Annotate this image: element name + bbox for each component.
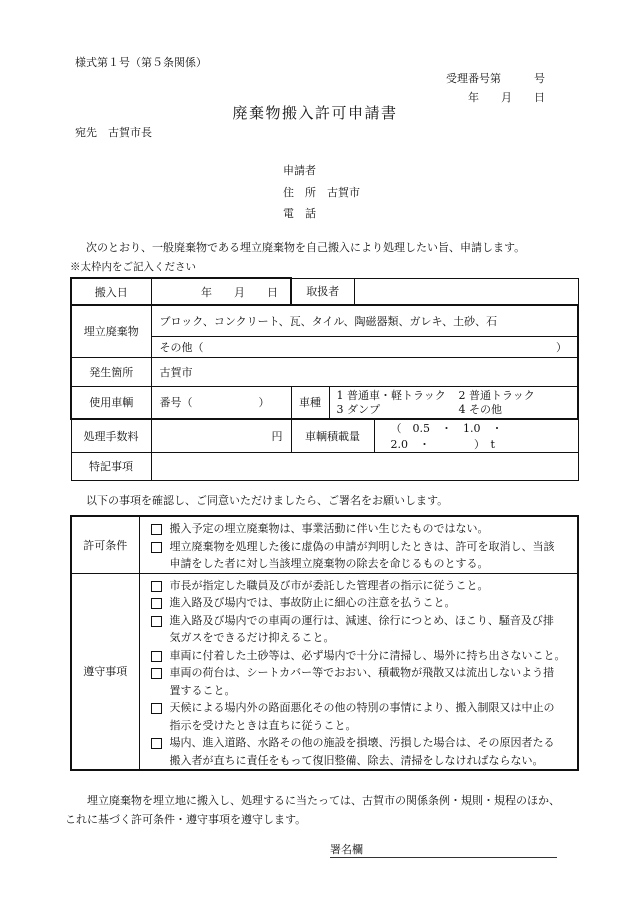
form-number: 様式第１号（第５条関係） [75, 54, 207, 70]
waste-other-row: その他（ ） [151, 336, 578, 357]
applicant-address: 住 所 古賀市 [283, 182, 360, 204]
compliance-rules-label: 遵守事項 [71, 573, 139, 770]
checklist-item: 進入路及び場内では、事故防止に細心の注意を払うこと。 [148, 594, 572, 612]
signature-field: 署名欄 [330, 841, 557, 858]
conditions-table: 許可条件 搬入予定の埋立廃棄物は、事業活動に伴い生じたものではない。 埋立廃棄物… [70, 515, 579, 771]
page-title: 廃棄物搬入許可申請書 [0, 102, 630, 123]
waste-other-open: その他（ [160, 339, 204, 355]
checkbox-icon [151, 703, 162, 714]
checkbox-icon [151, 651, 162, 662]
handler-value [354, 278, 578, 305]
fee-label: 処理手数料 [71, 419, 151, 453]
compliance-rules-list: 市長が指定した職員及び市が委託した管理者の指示に従うこと。 進入路及び場内では、… [139, 573, 578, 770]
vehicle-option: 2 普通トラック [459, 389, 578, 404]
checklist-item: 場内、進入道路、水路その他の施設を損壊、汚損した場合は、その原因者たる搬入者が直… [148, 734, 572, 769]
checklist-item-text: 埋立廃棄物を処理した後に虚偽の申請が判明したときは、許可を取消し、当該申請をした… [170, 538, 555, 573]
vehicle-option: 3 ダンプ [337, 403, 459, 418]
checklist-item-text: 進入路及び場内での車両の運行は、減速、徐行につとめ、ほこり、騒音及び排気ガスをで… [170, 612, 554, 647]
applicant-block: 申請者 住 所 古賀市 電 話 [283, 160, 360, 225]
closing-line: 埋立廃棄物を埋立地に搬入し、処理するに当たっては、古賀市の関係条例・規則・規程の… [65, 791, 571, 810]
checklist-item: 進入路及び場内での車両の運行は、減速、徐行につとめ、ほこり、騒音及び排気ガスをで… [148, 612, 572, 647]
capacity-label: 車輌積載量 [291, 419, 374, 453]
checklist-item: 天候による場内外の路面悪化その他の特別の事情により、搬入制限又は中止の指示を受け… [148, 699, 572, 734]
notes-value [151, 452, 578, 480]
receipt-number: 受理番号第 号 [446, 70, 545, 86]
checklist-item: 搬入予定の埋立廃棄物は、事業活動に伴い生じたものではない。 [148, 520, 572, 538]
vehicle-type-label: 車種 [291, 386, 329, 419]
applicant-phone: 電 話 [283, 203, 360, 225]
handler-label: 取扱者 [291, 278, 354, 305]
checkbox-icon [151, 668, 162, 679]
origin-value: 古賀市 [151, 357, 578, 386]
vehicle-option: 4 その他 [459, 403, 578, 418]
fee-unit: 円 [151, 419, 291, 453]
checklist-item-text: 車両に付着した土砂等は、必ず場内で十分に清掃し、場外に持ち出さないこと。 [170, 647, 566, 665]
origin-label: 発生箇所 [71, 357, 151, 386]
applicant-label: 申請者 [283, 160, 360, 182]
intro-sentence: 次のとおり、一般廃棄物である埋立廃棄物を自己搬入により処理したい旨、申請します。 [75, 239, 585, 255]
permit-conditions-label: 許可条件 [71, 516, 139, 573]
waste-other-close: ） [556, 339, 567, 355]
closing-line: これに基づく許可条件・遵守事項を遵守します。 [65, 810, 571, 829]
application-table: 搬入日 年 月 日 取扱者 埋立廃棄物 ブロック、コンクリート、瓦、タイル、陶磁… [70, 277, 579, 481]
checklist-item-text: 車両の荷台は、シートカバー等でおおい、積載物が飛散又は流出しないよう措置すること… [170, 664, 555, 699]
closing-paragraph: 埋立廃棄物を埋立地に搬入し、処理するに当たっては、古賀市の関係条例・規則・規程の… [65, 791, 571, 829]
bold-frame-note: ※太枠内をご記入ください [70, 259, 196, 274]
vehicle-label: 使用車輌 [71, 386, 151, 419]
signature-label: 署名欄 [330, 843, 363, 856]
checklist-item-text: 天候による場内外の路面悪化その他の特別の事情により、搬入制限又は中止の指示を受け… [170, 699, 555, 734]
checklist-item: 車両に付着した土砂等は、必ず場内で十分に清掃し、場外に持ち出さないこと。 [148, 647, 572, 665]
checklist-item-text: 市長が指定した職員及び市が委託した管理者の指示に従うこと。 [170, 577, 489, 595]
vehicle-number: 番号（ ） [151, 386, 291, 419]
carry-in-date-label: 搬入日 [71, 278, 151, 305]
checkbox-icon [151, 542, 162, 553]
vehicle-option: 1 普通車・軽トラック [337, 389, 459, 404]
checkbox-icon [151, 524, 162, 535]
checklist-item: 市長が指定した職員及び市が委託した管理者の指示に従うこと。 [148, 577, 572, 595]
checkbox-icon [151, 581, 162, 592]
notes-label: 特記事項 [71, 452, 151, 480]
checkbox-icon [151, 616, 162, 627]
carry-in-date-value: 年 月 日 [151, 278, 291, 305]
addressee: 宛先 古賀市長 [75, 124, 152, 140]
consent-intro: 以下の事項を確認し、ご同意いただけましたら、ご署名をお願いします。 [75, 492, 585, 508]
checklist-item-text: 進入路及び場内では、事故防止に細心の注意を払うこと。 [170, 594, 456, 612]
checklist-item-text: 場内、進入道路、水路その他の施設を損壊、汚損した場合は、その原因者たる搬入者が直… [170, 734, 555, 769]
vehicle-type-options: 1 普通車・軽トラック2 普通トラック3 ダンプ4 その他 [329, 386, 578, 419]
checklist-item-text: 搬入予定の埋立廃棄物は、事業活動に伴い生じたものではない。 [170, 520, 489, 538]
checkbox-icon [151, 598, 162, 609]
waste-label: 埋立廃棄物 [71, 305, 151, 357]
permit-conditions-list: 搬入予定の埋立廃棄物は、事業活動に伴い生じたものではない。 埋立廃棄物を処理した… [139, 516, 578, 573]
waste-types: ブロック、コンクリート、瓦、タイル、陶磁器類、ガレキ、土砂、石 [151, 305, 578, 336]
checkbox-icon [151, 738, 162, 749]
checklist-item: 埋立廃棄物を処理した後に虚偽の申請が判明したときは、許可を取消し、当該申請をした… [148, 538, 572, 573]
document-page: 様式第１号（第５条関係） 受理番号第 号 年 月 日 廃棄物搬入許可申請書 宛先… [0, 0, 630, 903]
capacity-value: （ 0.5 ・ 1.0 ・ 2.0 ・ ） t [374, 419, 578, 453]
checklist-item: 車両の荷台は、シートカバー等でおおい、積載物が飛散又は流出しないよう措置すること… [148, 664, 572, 699]
